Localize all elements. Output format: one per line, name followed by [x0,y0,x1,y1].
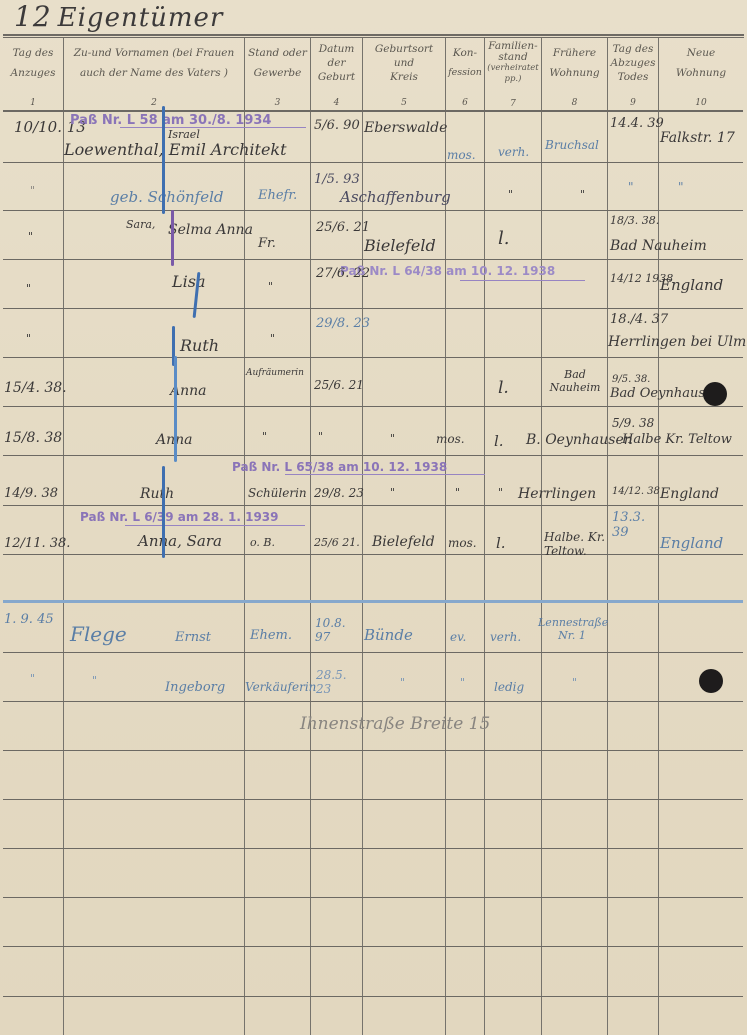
passport-stamp: Paß Nr. L 65/38 am 10. 12. 1938 [232,460,447,474]
column-header-geburtsdatum: Datum der Geburt 4 [311,40,362,110]
header-text: Zu-und Vornamen (bei Frauen [64,46,244,60]
date-of-birth: 1/5. 93 [314,172,360,187]
given-name: Ingeborg [165,680,225,695]
page-number: 12 [14,0,52,33]
previous-address: Bad Nauheim [544,368,606,394]
previous-address: Bruchsal [545,138,599,152]
header-text: Tag des [3,46,63,60]
column-number: 1 [3,96,63,110]
header-text: stand [485,52,541,63]
blue-crayon-mark [174,356,177,462]
header-text: pp.) [485,74,541,85]
marital-status: verh. [498,145,529,159]
column-header-geburtsort: Geburtsort und Kreis 5 [363,40,445,110]
page-title: 12Eigentümer [14,0,223,33]
marital-status: ledig [494,680,524,694]
date-of-birth: 25/6. 21 [316,220,370,235]
header-top-rule [3,34,744,36]
column-number: 2 [64,96,244,110]
grid-hline [3,162,743,163]
column-header-familienstand: Familien- stand (verheiratet pp.) 7 [485,40,541,110]
header-text: Stand oder [245,46,310,60]
date-in-ditto: " [28,230,33,243]
column-header-neue-wohnung: Neue Wohnung 10 [659,40,743,110]
name: Selma Anna [168,222,253,238]
new-address: Halbe Kr. Teltow [622,432,732,447]
occupation: Verkäuferin [245,680,316,694]
date-of-birth: 5/6. 90 [314,118,360,133]
column-header-stand: Stand oder Gewerbe 3 [245,40,310,110]
date-of-birth: 29/8. 23 [316,316,370,331]
occupation: o. B. [250,536,275,549]
date-out: 18./4. 37 [610,312,668,327]
blue-crayon-mark [162,466,165,558]
date-in-ditto: " [30,672,35,685]
column-number: 3 [245,96,310,110]
confession-ditto: " [455,486,460,499]
column-number: 4 [311,96,362,110]
date-in: 12/11. 38. [4,536,70,551]
header-text: Gewerbe [245,66,310,80]
date-of-birth: 10.8. 97 [315,616,355,644]
column-header-fruehere-wohnung: Frühere Wohnung 8 [542,40,607,110]
birthplace-ditto: " [400,676,405,689]
header-text: (verheiratet [485,63,541,74]
marital-status: l. [494,432,504,450]
new-address: England [660,534,723,552]
birthplace: Aschaffenburg [340,188,451,206]
name-note: Sara, [126,218,155,231]
occupation: Fr. [258,236,276,251]
header-text: Neue [659,46,743,60]
header-top-rule-thin [3,37,744,38]
grid-hline [3,357,743,358]
confession: ev. [450,630,466,644]
new-address-ditto: " [678,180,684,194]
name: Ruth [140,486,174,502]
confession: mos. [448,536,477,550]
header-text: Geburtsort [363,42,445,56]
marital-status-ditto: " [508,188,513,201]
occupation: Schülerin [248,486,307,500]
name: geb. Schönfeld [110,188,223,206]
header-text: Datum [311,42,362,56]
header-text: auch der Name des Vaters ) [64,66,244,80]
occupation-ditto: " [268,280,273,293]
passport-stamp: Paß Nr. L 6/39 am 28. 1. 1939 [80,510,279,524]
given-name: Ernst [175,630,211,645]
stamp-underline [460,280,585,281]
date-out: 9/5. 38. [612,374,650,385]
column-number: 6 [446,96,484,110]
confession: mos. [447,148,476,162]
date-in: 14/9. 38 [4,486,58,501]
confession: mos. [436,432,465,446]
new-address: England [660,486,719,502]
date-of-birth: 28.5. 23 [316,668,356,696]
grid-hline [3,848,743,849]
date-of-birth: 25/6. 21 [314,378,364,392]
register-page: 12Eigentümer Tag des Anzuges 1 Zu-und Vo… [0,0,747,1035]
name: Loewenthal, Emil Architekt [64,140,287,159]
surname: Flege [70,622,127,646]
date-in: 15/4. 38. [4,380,67,396]
stamp-underline [120,127,306,128]
name: Anna, Sara [138,532,222,550]
grid-hline [3,210,743,211]
occupation-ditto: " [270,332,275,345]
grid-vline [658,38,659,1035]
grid-vline [541,38,542,1035]
birthplace-ditto: " [390,486,395,499]
stamp-underline [285,474,485,475]
grid-hline [3,455,743,456]
grid-hline [3,946,743,947]
date-in: 15/8. 38 [4,430,62,446]
date-of-birth: 27/6. 22 [316,266,370,281]
grid-hline [3,259,743,260]
grid-hline [3,308,743,309]
occupation: Ehefr. [258,188,297,203]
grid-hline [3,897,743,898]
column-number: 10 [659,96,743,110]
date-out: 5/9. 38 [612,416,654,430]
grid-hline [3,110,743,112]
date-in-ditto: " [26,282,31,295]
previous-address: Lennestraße Nr. 1 [538,616,606,642]
marital-status: l. [496,534,506,552]
birthplace: Eberswalde [364,120,447,136]
header-text: der [311,56,362,70]
grid-hline [3,505,743,506]
column-number: 8 [542,96,607,110]
header-text: Kreis [363,70,445,84]
passport-stamp: Paß Nr. L 58 am 30./8. 1934 [70,113,271,128]
name: Lisa [172,272,206,291]
previous-address: Herrlingen [518,486,596,502]
header-text: Frühere [542,46,607,60]
header-text: Kon- [446,46,484,60]
grid-hline [3,996,743,997]
date-out: 18/3. 38. [610,214,659,227]
punch-hole [703,382,727,406]
header-text: Abzuges [608,56,658,70]
header-text: Wohnung [659,66,743,80]
grid-hline [3,750,743,751]
date-in: 1. 9. 45 [4,612,60,627]
grid-hline [3,406,743,407]
date-of-birth: 29/8. 23 [314,486,364,500]
column-header-tag-des-anzuges: Tag des Anzuges 1 [3,40,63,110]
confession-ditto: " [460,676,465,689]
marital-status: l. [498,378,509,398]
new-address: Herrlingen bei Ulm Donau [608,334,747,350]
birthplace: Bünde [364,626,413,644]
new-address: England [660,276,723,294]
header-text: Wohnung [542,66,607,80]
grid-vline [607,38,608,1035]
marital-status-ditto: " [498,486,503,499]
birthplace: Bielefeld [364,236,436,255]
header-text: Anzuges [3,66,63,80]
marital-status: l. [498,228,509,249]
date-in-ditto: " [26,332,31,345]
grid-vline [310,38,311,1035]
name-ditto: " [92,674,97,687]
name: Ruth [180,336,219,355]
previous-address: B. Oeynhausen [526,432,633,448]
passport-stamp: Paß Nr. L 64/38 am 10. 12. 1938 [340,264,555,278]
title-text: Eigentümer [58,3,224,33]
header-text: Tag des [608,42,658,56]
marital-status: verh. [490,630,521,644]
date-of-birth-ditto: " [318,430,323,443]
grid-vline [484,38,485,1035]
punch-hole [699,669,723,693]
grid-hline [3,799,743,800]
occupation: Aufräumerin [246,368,308,378]
header-text: Todes [608,70,658,84]
header-text: fession [446,66,484,80]
column-number: 9 [608,96,658,110]
column-header-namen: Zu-und Vornamen (bei Frauen auch der Nam… [64,40,244,110]
grid-vline [244,38,245,1035]
column-header-konfession: Kon- fession 6 [446,40,484,110]
blue-crayon-mark [162,106,165,214]
grid-hline [3,554,743,555]
occupation-ditto: " [262,430,267,443]
header-text: und [363,56,445,70]
birthplace: Bielefeld [372,534,435,550]
blue-divider-line [3,600,743,603]
date-out: 14.4. 39 [610,116,664,131]
date-out: 14/12. 38 [612,486,660,497]
header-text: Geburt [311,70,362,84]
date-of-birth: 25/6 21. [314,536,360,549]
column-number: 7 [485,99,541,110]
birthplace-ditto: " [390,432,395,445]
stamp-underline [125,525,305,526]
date-in-ditto: " [30,184,35,197]
grid-hline [3,701,743,702]
previous-address-ditto: " [572,676,577,689]
pencil-note: Ihnenstraße Breite 15 [300,714,490,734]
violet-crayon-mark [171,210,174,266]
new-address: Falkstr. 17 [660,130,735,146]
previous-address-ditto: " [580,188,585,201]
column-number: 5 [363,96,445,110]
occupation: Ehem. [250,628,292,643]
previous-address: Halbe. Kr. Teltow. [544,530,606,558]
new-address: Bad Nauheim [610,238,707,254]
column-header-tag-des-abzuges: Tag des Abzuges Todes 9 [608,40,658,110]
date-out-ditto: " [628,180,634,194]
grid-hline [3,652,743,653]
date-out: 13.3. 39 [612,510,652,540]
